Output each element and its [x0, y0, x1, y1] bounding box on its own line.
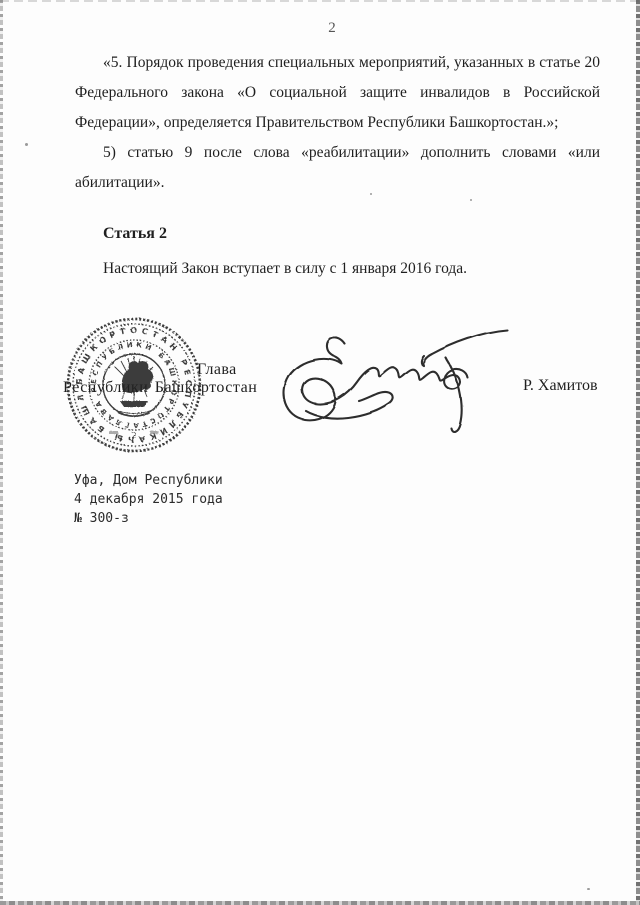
- footer-date: 4 декабря 2015 года: [74, 490, 223, 509]
- scan-edge-top: [0, 0, 640, 2]
- official-seal: БАШКОРТОСТАН РЕСПУБЛИКАҺЫ БАШЛЫҒЫ ГЛАВА …: [63, 314, 205, 456]
- body-text-line: абилитации».: [75, 168, 600, 198]
- scan-edge-right: [636, 0, 640, 905]
- scan-edge-bottom: [0, 901, 640, 905]
- seal-number: 2: [131, 431, 136, 440]
- body-text-line: 5) статью 9 после слова «реабилитации» д…: [75, 138, 600, 168]
- body-text: «5. Порядок проведения специальных мероп…: [75, 48, 600, 198]
- document-page: 2 «5. Порядок проведения специальных мер…: [0, 0, 640, 905]
- seal-smudge: [109, 431, 118, 434]
- scan-speck: [25, 143, 28, 146]
- article-text: Настоящий Закон вступает в силу с 1 янва…: [103, 259, 467, 279]
- footer-place: Уфа, Дом Республики: [74, 471, 223, 490]
- signature-stroke: [421, 330, 507, 366]
- signature-image: [276, 312, 516, 438]
- body-text-line: «5. Порядок проведения специальных мероп…: [75, 48, 600, 78]
- page-number: 2: [0, 20, 640, 37]
- body-text-line: Федерации», определяется Правительством …: [75, 108, 600, 138]
- scan-speck: [587, 888, 590, 890]
- article-heading: Статья 2: [103, 224, 167, 244]
- scan-edge-left: [0, 0, 3, 905]
- signatory-name: Р. Хамитов: [523, 377, 598, 395]
- footer-number: № 300-з: [74, 509, 223, 528]
- body-text-line: Федерального закона «О социальной защите…: [75, 78, 600, 108]
- scan-speck: [470, 199, 472, 201]
- coat-of-arms-icon: [113, 356, 155, 417]
- seal-smudge: [150, 431, 159, 434]
- footer-block: Уфа, Дом Республики 4 декабря 2015 года …: [74, 471, 223, 529]
